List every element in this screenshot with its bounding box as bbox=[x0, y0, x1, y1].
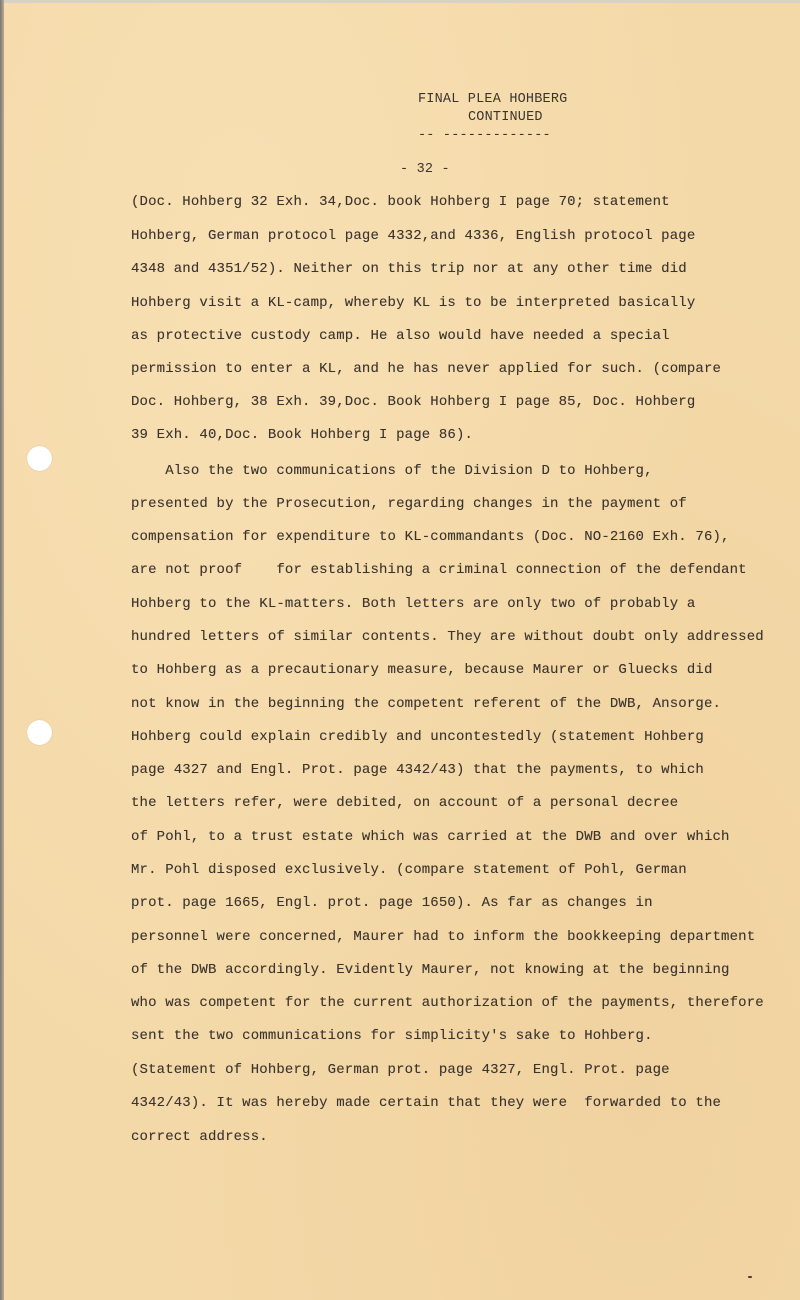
body-line: permission to enter a KL, and he has nev… bbox=[131, 359, 721, 379]
document-subtitle: CONTINUED bbox=[468, 110, 543, 126]
body-line: the letters refer, were debited, on acco… bbox=[131, 793, 678, 813]
punch-hole-bottom bbox=[27, 720, 52, 745]
body-line: (Statement of Hohberg, German prot. page… bbox=[131, 1060, 670, 1080]
document-page: FINAL PLEA HOHBERG CONTINUED -- --------… bbox=[0, 0, 800, 1300]
body-line: 39 Exh. 40,Doc. Book Hohberg I page 86). bbox=[131, 425, 473, 445]
body-line: 4348 and 4351/52). Neither on this trip … bbox=[131, 259, 687, 279]
body-line: Doc. Hohberg, 38 Exh. 39,Doc. Book Hohbe… bbox=[131, 392, 695, 412]
body-line: Hohberg, German protocol page 4332,and 4… bbox=[131, 226, 695, 246]
body-line: Mr. Pohl disposed exclusively. (compare … bbox=[131, 860, 687, 880]
page-number: - 32 - bbox=[400, 162, 450, 178]
body-line: of the DWB accordingly. Evidently Maurer… bbox=[131, 960, 730, 980]
body-line: of Pohl, to a trust estate which was car… bbox=[131, 827, 730, 847]
body-line: Also the two communications of the Divis… bbox=[131, 461, 653, 481]
body-line: page 4327 and Engl. Prot. page 4342/43) … bbox=[131, 760, 704, 780]
body-line: who was competent for the current author… bbox=[131, 993, 764, 1013]
body-line: Hohberg to the KL-matters. Both letters … bbox=[131, 594, 695, 614]
page-top-edge bbox=[0, 0, 800, 3]
page-left-edge bbox=[0, 0, 4, 1300]
body-line: correct address. bbox=[131, 1127, 268, 1147]
body-line: compensation for expenditure to KL-comma… bbox=[131, 527, 730, 547]
body-line: 4342/43). It was hereby made certain tha… bbox=[131, 1093, 721, 1113]
body-line: (Doc. Hohberg 32 Exh. 34,Doc. book Hohbe… bbox=[131, 192, 670, 212]
document-title: FINAL PLEA HOHBERG bbox=[418, 92, 567, 108]
body-line: sent the two communications for simplici… bbox=[131, 1026, 653, 1046]
body-line: prot. page 1665, Engl. prot. page 1650).… bbox=[131, 893, 653, 913]
body-line: personnel were concerned, Maurer had to … bbox=[131, 927, 755, 947]
body-line: to Hohberg as a precautionary measure, b… bbox=[131, 660, 713, 680]
punch-hole-top bbox=[27, 446, 52, 471]
body-line: not know in the beginning the competent … bbox=[131, 694, 721, 714]
header-rule: -- ------------- bbox=[418, 128, 551, 144]
body-line: as protective custody camp. He also woul… bbox=[131, 326, 670, 346]
body-line: Hohberg visit a KL-camp, whereby KL is t… bbox=[131, 293, 695, 313]
body-line: hundred letters of similar contents. The… bbox=[131, 627, 764, 647]
ink-speck bbox=[748, 1276, 752, 1278]
body-line: are not proof for establishing a crimina… bbox=[131, 560, 747, 580]
body-line: presented by the Prosecution, regarding … bbox=[131, 494, 687, 514]
body-line: Hohberg could explain credibly and uncon… bbox=[131, 727, 704, 747]
